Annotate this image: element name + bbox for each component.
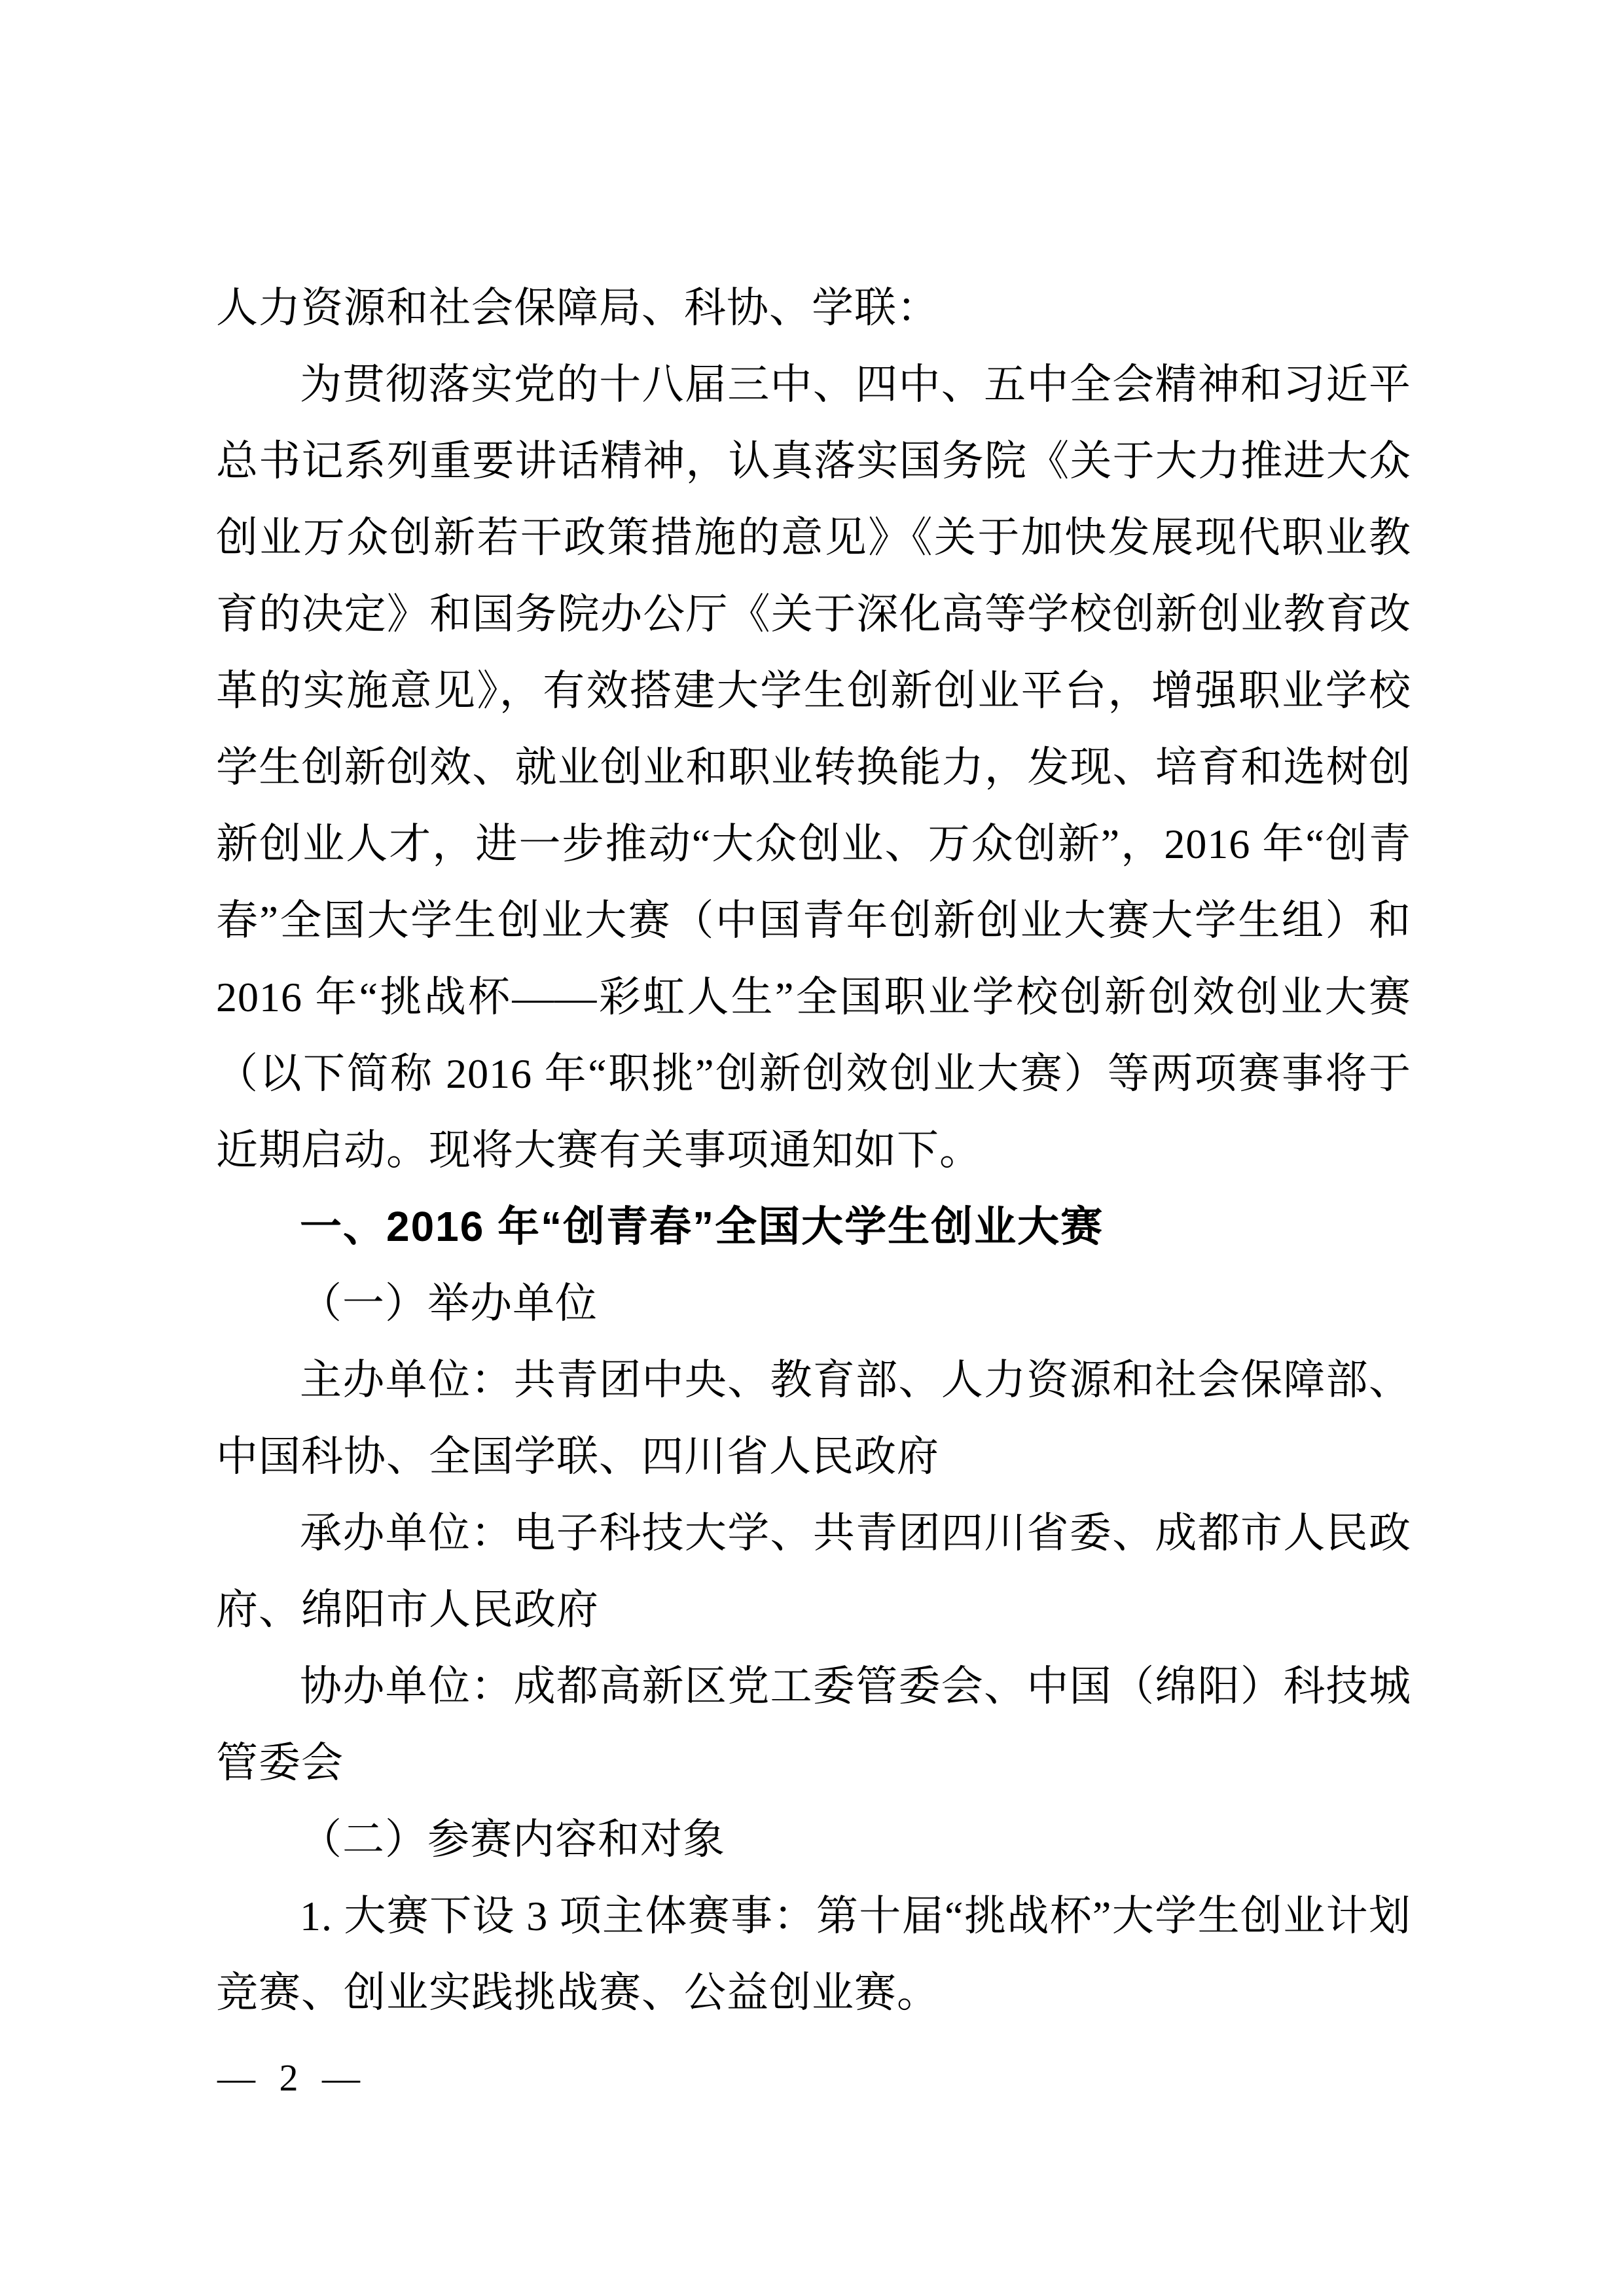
document-body: 人力资源和社会保障局、科协、学联： 为贯彻落实党的十八届三中、四中、五中全会精神… bbox=[216, 270, 1411, 2031]
intro-paragraph: 为贯彻落实党的十八届三中、四中、五中全会精神和习近平总书记系列重要讲话精神，认真… bbox=[216, 346, 1411, 1189]
item-1-paragraph: 1. 大赛下设 3 项主体赛事：第十届“挑战杯”大学生创业计划竞赛、创业实践挑战… bbox=[216, 1878, 1411, 2031]
document-page: 人力资源和社会保障局、科协、学联： 为贯彻落实党的十八届三中、四中、五中全会精神… bbox=[0, 0, 1624, 2296]
undertakers-paragraph: 承办单位：电子科技大学、共青团四川省委、成都市人民政府、绵阳市人民政府 bbox=[216, 1495, 1411, 1648]
page-number: — 2 — bbox=[217, 2055, 360, 2101]
subsection-1-2-heading: （二）参赛内容和对象 bbox=[216, 1801, 1411, 1878]
organizers-paragraph: 主办单位：共青团中央、教育部、人力资源和社会保障部、中国科协、全国学联、四川省人… bbox=[216, 1342, 1411, 1495]
co-organizers-paragraph: 协办单位：成都高新区党工委管委会、中国（绵阳）科技城管委会 bbox=[216, 1648, 1411, 1801]
section-1-heading: 一、2016 年“创青春”全国大学生创业大赛 bbox=[216, 1189, 1411, 1265]
subsection-1-1-heading: （一）举办单位 bbox=[216, 1265, 1411, 1342]
salutation-line: 人力资源和社会保障局、科协、学联： bbox=[216, 270, 1411, 346]
